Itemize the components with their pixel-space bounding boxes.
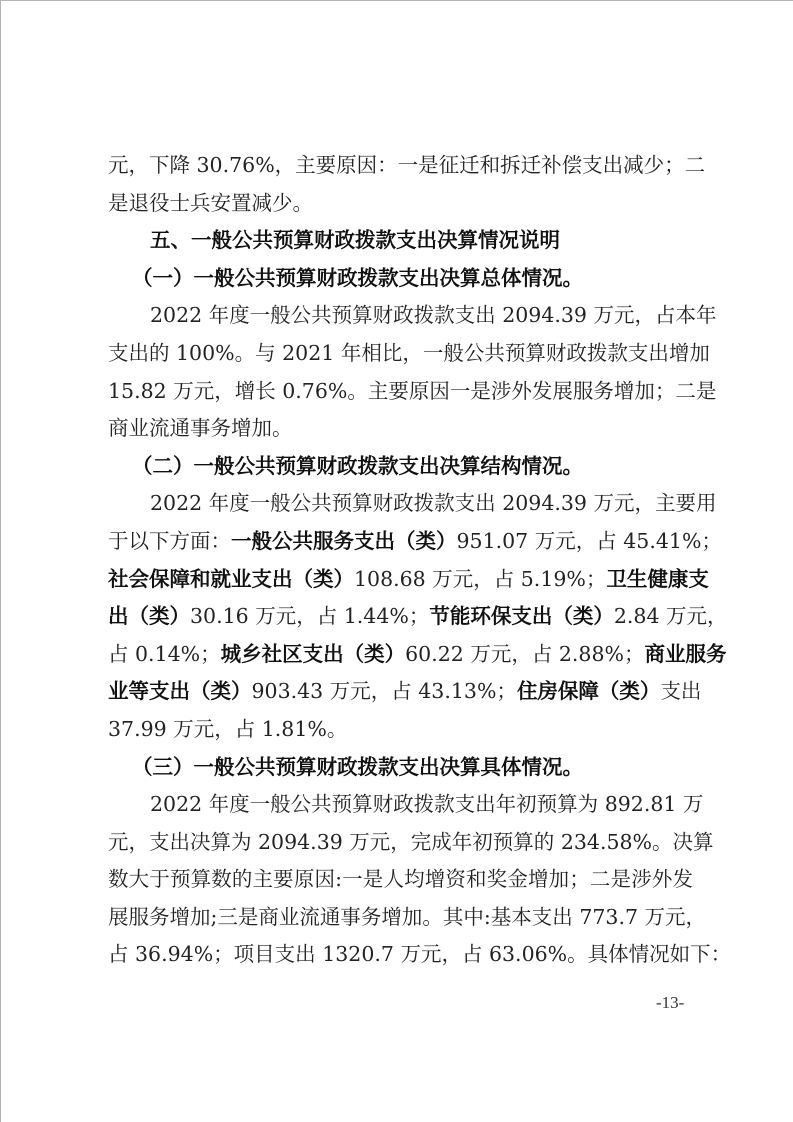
paragraph-line: 商业流通事务增加。: [108, 410, 693, 448]
text-run: 951.07 万元，占 45.41%；: [457, 529, 722, 553]
text-run: 2.84 万元，: [614, 604, 728, 628]
subsection-heading-2: （二）一般公共预算财政拨款支出决算结构情况。: [108, 448, 693, 486]
paragraph-line: 业等支出（类）903.43 万元，占 43.13%；住房保障（类）支出: [108, 673, 693, 711]
text-run: 30.16 万元，占 1.44%；: [190, 604, 429, 628]
text-run: 903.43 万元，占 43.13%；: [252, 679, 517, 703]
paragraph-line: 元，支出决算为 2094.39 万元，完成年初预算的 234.58%。决算: [108, 824, 693, 862]
paragraph-line: 2022 年度一般公共预算财政拨款支出年初预算为 892.81 万: [108, 786, 693, 824]
category-label: 一般公共服务支出（类）: [231, 529, 457, 553]
paragraph-line: 占 36.94%；项目支出 1320.7 万元，占 63.06%。具体情况如下：: [108, 936, 693, 974]
page-number: -13-: [656, 993, 684, 1013]
subsection-heading-3: （三）一般公共预算财政拨款支出决算具体情况。: [108, 749, 693, 787]
category-label: 商业服务: [644, 642, 726, 666]
paragraph-line: 展服务增加;三是商业流通事务增加。其中:基本支出 773.7 万元，: [108, 899, 693, 937]
subsection-heading-1: （一）一般公共预算财政拨款支出决算总体情况。: [108, 260, 693, 298]
section-heading: 五、一般公共预算财政拨款支出决算情况说明: [108, 222, 693, 260]
paragraph-line: 社会保障和就业支出（类）108.68 万元，占 5.19%；卫生健康支: [108, 561, 693, 599]
text-run: 108.68 万元，占 5.19%；: [354, 567, 606, 591]
paragraph-line: 是退役士兵安置减少。: [108, 185, 693, 223]
paragraph-line: 2022 年度一般公共预算财政拨款支出 2094.39 万元，占本年: [108, 297, 693, 335]
text-run: 支出: [660, 679, 701, 703]
category-label: 出（类）: [108, 604, 190, 628]
paragraph-line: 2022 年度一般公共预算财政拨款支出 2094.39 万元，主要用: [108, 485, 693, 523]
paragraph-line: 37.99 万元，占 1.81%。: [108, 711, 693, 749]
category-label: 社会保障和就业支出（类）: [108, 567, 354, 591]
text-run: 60.22 万元，占 2.88%；: [405, 642, 644, 666]
category-label: 业等支出（类）: [108, 679, 252, 703]
category-label: 节能环保支出（类）: [429, 604, 614, 628]
text-run: 占 0.14%；: [108, 642, 221, 666]
category-label: 卫生健康支: [606, 567, 709, 591]
paragraph-line: 出（类）30.16 万元，占 1.44%；节能环保支出（类）2.84 万元，: [108, 598, 693, 636]
text-run: 于以下方面：: [108, 529, 231, 553]
paragraph-line: 元，下降 30.76%，主要原因：一是征迁和拆迁补偿支出减少；二: [108, 147, 693, 185]
paragraph-line: 支出的 100%。与 2021 年相比，一般公共预算财政拨款支出增加: [108, 335, 693, 373]
category-label: 城乡社区支出（类）: [221, 642, 406, 666]
document-page: 元，下降 30.76%，主要原因：一是征迁和拆迁补偿支出减少；二 是退役士兵安置…: [0, 0, 793, 1122]
paragraph-line: 于以下方面：一般公共服务支出（类）951.07 万元，占 45.41%；: [108, 523, 693, 561]
paragraph-line: 15.82 万元，增长 0.76%。主要原因一是涉外发展服务增加；二是: [108, 373, 693, 411]
paragraph-line: 数大于预算数的主要原因:一是人均增资和奖金增加；二是涉外发: [108, 861, 693, 899]
page-body: 元，下降 30.76%，主要原因：一是征迁和拆迁补偿支出减少；二 是退役士兵安置…: [108, 147, 693, 974]
category-label: 住房保障（类）: [517, 679, 661, 703]
paragraph-line: 占 0.14%；城乡社区支出（类）60.22 万元，占 2.88%；商业服务: [108, 636, 693, 674]
